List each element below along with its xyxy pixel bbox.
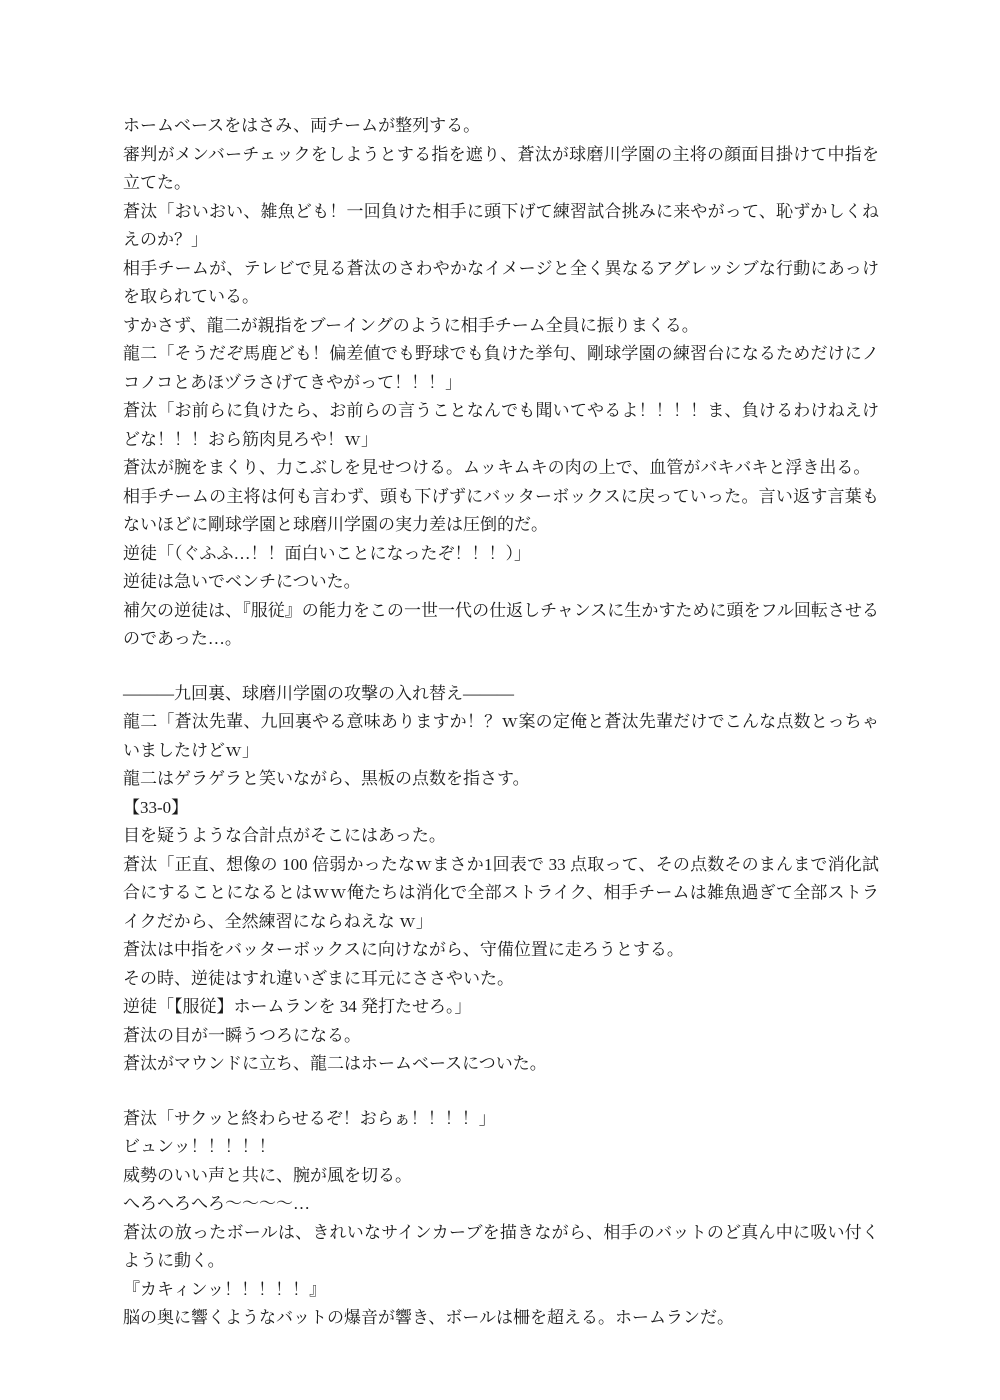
scoreboard-line: 【33-0】 xyxy=(123,794,879,823)
narration-line: 蒼汰がマウンドに立ち、龍二はホームベースについた。 xyxy=(123,1050,879,1079)
dialogue-line: 龍二「そうだぞ馬鹿ども！偏差値でも野球でも負けた挙句、剛球学園の練習台になるため… xyxy=(123,340,879,397)
sound-effect-line: へろへろへろ～～～～… xyxy=(123,1190,879,1219)
narration-line: 脳の奥に響くようなバットの爆音が響き、ボールは柵を超える。ホームランだ。 xyxy=(123,1304,879,1333)
narration-line: 相手チームの主将は何も言わず、頭も下げずにバッターボックスに戻っていった。言い返… xyxy=(123,483,879,540)
sound-effect-line: 『カキィンッ！！！！！』 xyxy=(123,1276,879,1305)
narration-line: 蒼汰の目が一瞬うつろになる。 xyxy=(123,1022,879,1051)
dialogue-line: 蒼汰「お前らに負けたら、お前らの言うことなんでも聞いてやるよ！！！！ま、負けるわ… xyxy=(123,397,879,454)
story-text-block: ホームベースをはさみ、両チームが整列する。審判がメンバーチェックをしようとする指… xyxy=(123,112,879,1333)
sound-effect-line: ビュンッ！！！！！ xyxy=(123,1133,879,1162)
narration-line: 相手チームが、テレビで見る蒼汰のさわやかなイメージと全く異なるアグレッシブな行動… xyxy=(123,255,879,312)
narration-line: すかさず、龍二が親指をブーイングのように相手チーム全員に振りまくる。 xyxy=(123,312,879,341)
dialogue-line: 蒼汰「おいおい、雑魚ども！一回負けた相手に頭下げて練習試合挑みに来やがって、恥ず… xyxy=(123,198,879,255)
narration-line: 審判がメンバーチェックをしようとする指を遮り、蒼汰が球磨川学園の主将の顔面目掛け… xyxy=(123,141,879,198)
narration-line: その時、逆徒はすれ違いざまに耳元にささやいた。 xyxy=(123,965,879,994)
dialogue-line: 蒼汰「サクッと終わらせるぞ！おらぁ！！！！」 xyxy=(123,1105,879,1134)
narration-line: 目を疑うような合計点がそこにはあった。 xyxy=(123,822,879,851)
blank-line xyxy=(123,654,879,680)
dialogue-line: 逆徒「【服従】ホームランを 34 発打たせろ。」 xyxy=(123,993,879,1022)
narration-line: 逆徒は急いでベンチについた。 xyxy=(123,568,879,597)
narration-line: ホームベースをはさみ、両チームが整列する。 xyxy=(123,112,879,141)
document-page: ホームベースをはさみ、両チームが整列する。審判がメンバーチェックをしようとする指… xyxy=(0,0,1000,1400)
dialogue-line: 龍二「蒼汰先輩、九回裏やる意味ありますか！？ｗ案の定俺と蒼汰先輩だけでこんな点数… xyxy=(123,708,879,765)
narration-line: 蒼汰が腕をまくり、力こぶしを見せつける。ムッキムキの肉の上で、血管がバキバキと浮… xyxy=(123,454,879,483)
blank-line xyxy=(123,1079,879,1105)
narration-line: 龍二はゲラゲラと笑いながら、黒板の点数を指さす。 xyxy=(123,765,879,794)
narration-line: 威勢のいい声と共に、腕が風を切る。 xyxy=(123,1162,879,1191)
dialogue-line: 逆徒「（ぐふふ…！！面白いことになったぞ！！！）」 xyxy=(123,540,879,569)
narration-line: 補欠の逆徒は、『服従』の能力をこの一世一代の仕返しチャンスに生かすために頭をフル… xyxy=(123,597,879,654)
dialogue-line: 蒼汰「正直、想像の 100 倍弱かったなｗまさか1回表で 33 点取って、その点… xyxy=(123,851,879,937)
scene-divider-heading: ―――九回裏、球磨川学園の攻撃の入れ替え――― xyxy=(123,680,879,709)
narration-line: 蒼汰の放ったボールは、きれいなサインカーブを描きながら、相手のバットのど真ん中に… xyxy=(123,1219,879,1276)
narration-line: 蒼汰は中指をバッターボックスに向けながら、守備位置に走ろうとする。 xyxy=(123,936,879,965)
